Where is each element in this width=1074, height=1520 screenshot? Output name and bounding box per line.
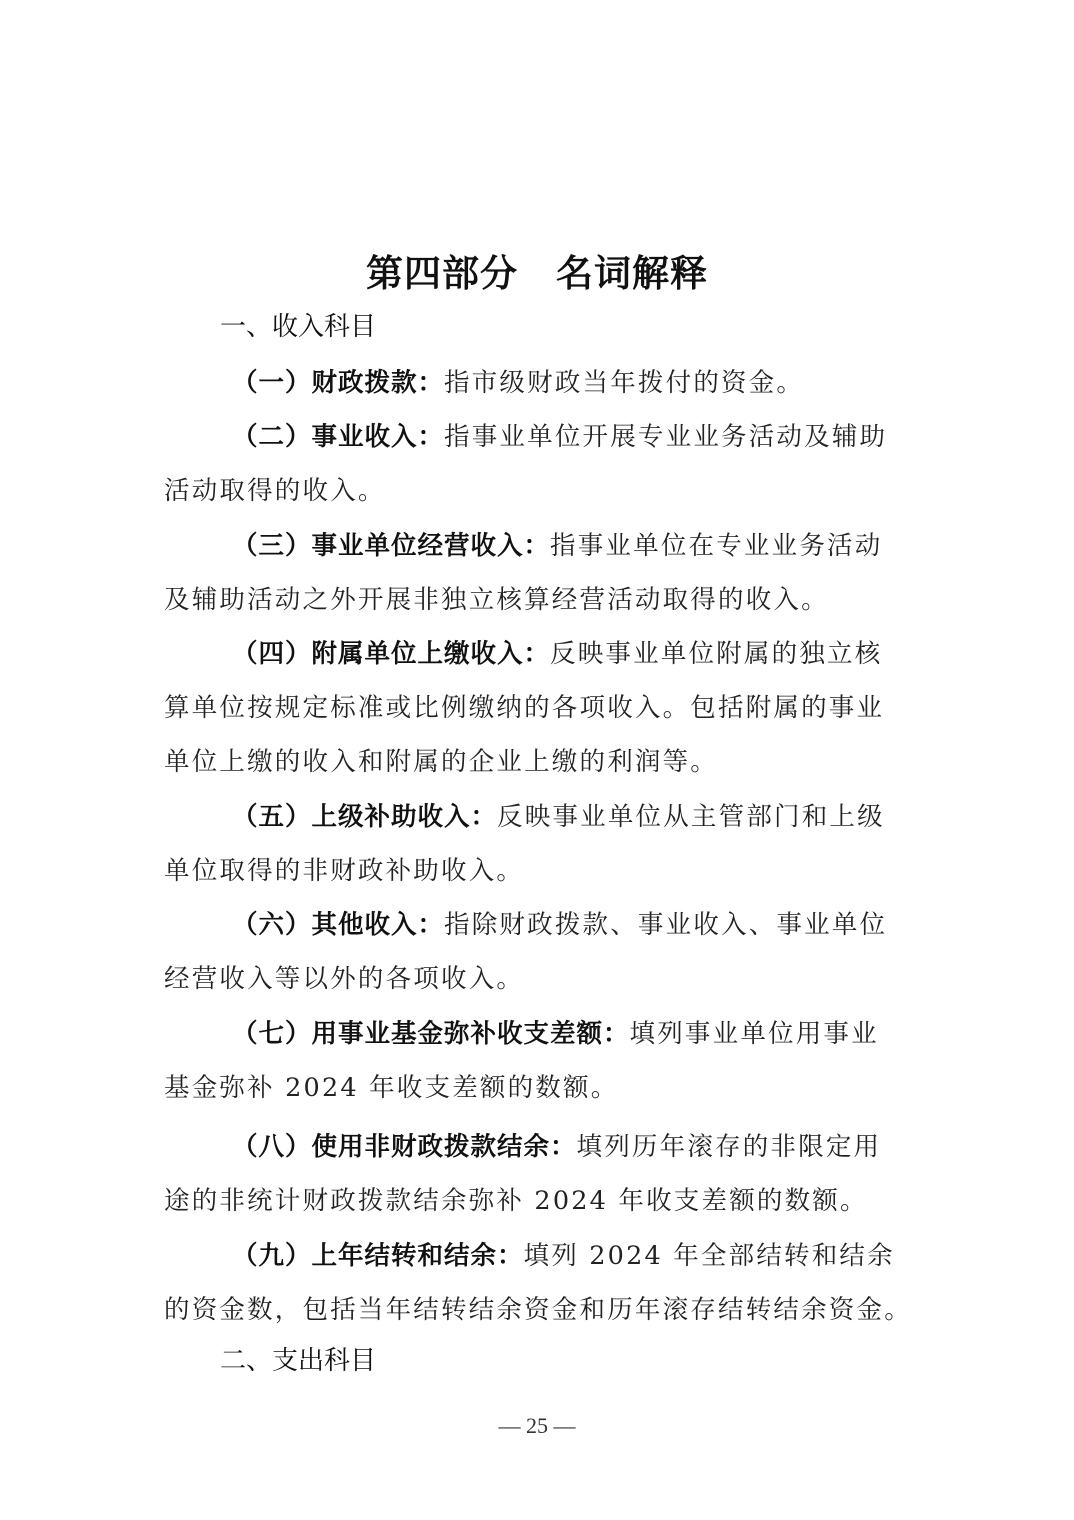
definition-item: （七）用事业基金弥补收支差额：填列事业单位用事业 [232,1017,992,1051]
definition-text-continued: 单位上缴的收入和附属的企业上缴的利润等。 [164,745,924,779]
definition-text: 反映事业单位附属的独立核 [550,639,882,669]
definition-text-continued: 算单位按规定标准或比例缴纳的各项收入。包括附属的事业 [164,691,924,725]
definition-term: （二）事业收入： [232,422,444,452]
title-part-2: 名词解释 [556,252,708,295]
definition-text: 指除财政拨款、事业收入、事业单位 [444,910,887,940]
definition-text: 指事业单位在专业业务活动 [550,531,882,561]
definition-text-continued: 活动取得的收入。 [164,474,924,508]
page-number: — 25 — [0,1413,1074,1439]
definition-term: （八）使用非财政拨款结余： [232,1132,577,1162]
definition-item: （九）上年结转和结余：填列 2024 年全部结转和结余 [232,1239,992,1273]
definition-text-continued: 途的非统计财政拨款结余弥补 2024 年收支差额的数额。 [164,1184,924,1218]
definition-term: （四）附属单位上缴收入： [232,639,550,669]
definition-text: 指市级财政当年拨付的资金。 [444,368,804,398]
definition-item: （二）事业收入：指事业单位开展专业业务活动及辅助 [232,420,992,454]
definition-term: （三）事业单位经营收入： [232,531,550,561]
definition-item: （八）使用非财政拨款结余：填列历年滚存的非限定用 [232,1130,992,1164]
definition-text: 指事业单位开展专业业务活动及辅助 [444,422,887,452]
definition-text-continued: 单位取得的非财政补助收入。 [164,854,924,888]
section-heading-income: 一、收入科目 [220,306,376,343]
definition-text-continued: 经营收入等以外的各项收入。 [164,962,924,996]
section-heading-expenditure: 二、支出科目 [220,1340,376,1377]
definition-item: （五）上级补助收入：反映事业单位从主管部门和上级 [232,800,992,834]
definition-item: （四）附属单位上缴收入：反映事业单位附属的独立核 [232,637,992,671]
definition-item: （六）其他收入：指除财政拨款、事业收入、事业单位 [232,908,992,942]
definition-item: （三）事业单位经营收入：指事业单位在专业业务活动 [232,529,992,563]
definition-term: （六）其他收入： [232,910,444,940]
page-title: 第四部分名词解释 [0,243,1074,297]
definition-term: （九）上年结转和结余： [232,1241,524,1271]
definition-text: 填列历年滚存的非限定用 [577,1132,882,1162]
definition-text-continued: 及辅助活动之外开展非独立核算经营活动取得的收入。 [164,583,924,617]
definition-term: （七）用事业基金弥补收支差额： [232,1019,630,1049]
definition-text: 填列事业单位用事业 [630,1019,879,1049]
title-part-1: 第四部分 [366,252,518,295]
definition-item: （一）财政拨款：指市级财政当年拨付的资金。 [232,366,992,400]
definition-text-continued: 基金弥补 2024 年收支差额的数额。 [164,1071,924,1105]
definition-text: 反映事业单位从主管部门和上级 [497,802,885,832]
definition-text: 填列 2024 年全部结转和结余 [524,1241,895,1271]
definition-text-continued: 的资金数，包括当年结转结余资金和历年滚存结转结余资金。 [164,1293,924,1327]
definition-term: （五）上级补助收入： [232,802,497,832]
definition-term: （一）财政拨款： [232,368,444,398]
